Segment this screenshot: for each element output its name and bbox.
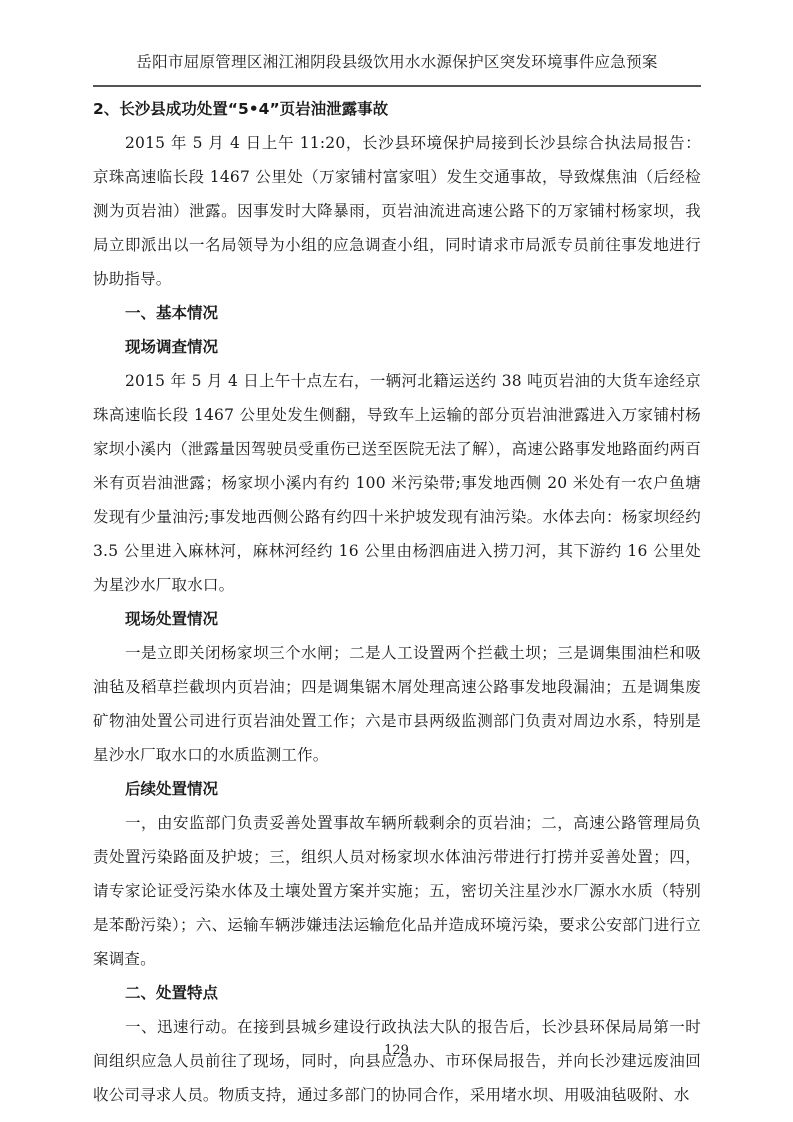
section-title: 2、长沙县成功处置“5•4”页岩油泄露事故 (93, 92, 701, 126)
header-divider (93, 85, 701, 87)
document-body: 2、长沙县成功处置“5•4”页岩油泄露事故 2015 年 5 月 4 日上午 1… (93, 92, 701, 1112)
survey-heading: 现场调查情况 (93, 330, 701, 364)
followup-heading: 后续处置情况 (93, 772, 701, 806)
features-paragraph: 一、迅速行动。在接到县城乡建设行政执法大队的报告后，长沙县环保局局第一时间组织应… (93, 1010, 701, 1112)
intro-paragraph: 2015 年 5 月 4 日上午 11:20，长沙县环境保护局接到长沙县综合执法… (93, 126, 701, 296)
part2-heading: 二、处置特点 (93, 976, 701, 1010)
onsite-heading: 现场处置情况 (93, 602, 701, 636)
followup-paragraph: 一，由安监部门负责妥善处置事故车辆所载剩余的页岩油；二，高速公路管理局负责处置污… (93, 806, 701, 976)
page-number: 129 (0, 1043, 793, 1058)
onsite-paragraph: 一是立即关闭杨家坝三个水闸；二是人工设置两个拦截土坝；三是调集围油栏和吸油毡及稻… (93, 636, 701, 772)
survey-paragraph: 2015 年 5 月 4 日上午十点左右，一辆河北籍运送约 38 吨页岩油的大货… (93, 364, 701, 602)
page-header-title: 岳阳市屈原管理区湘江湘阴段县级饮用水水源保护区突发环境事件应急预案 (93, 50, 701, 72)
part1-heading: 一、基本情况 (93, 296, 701, 330)
